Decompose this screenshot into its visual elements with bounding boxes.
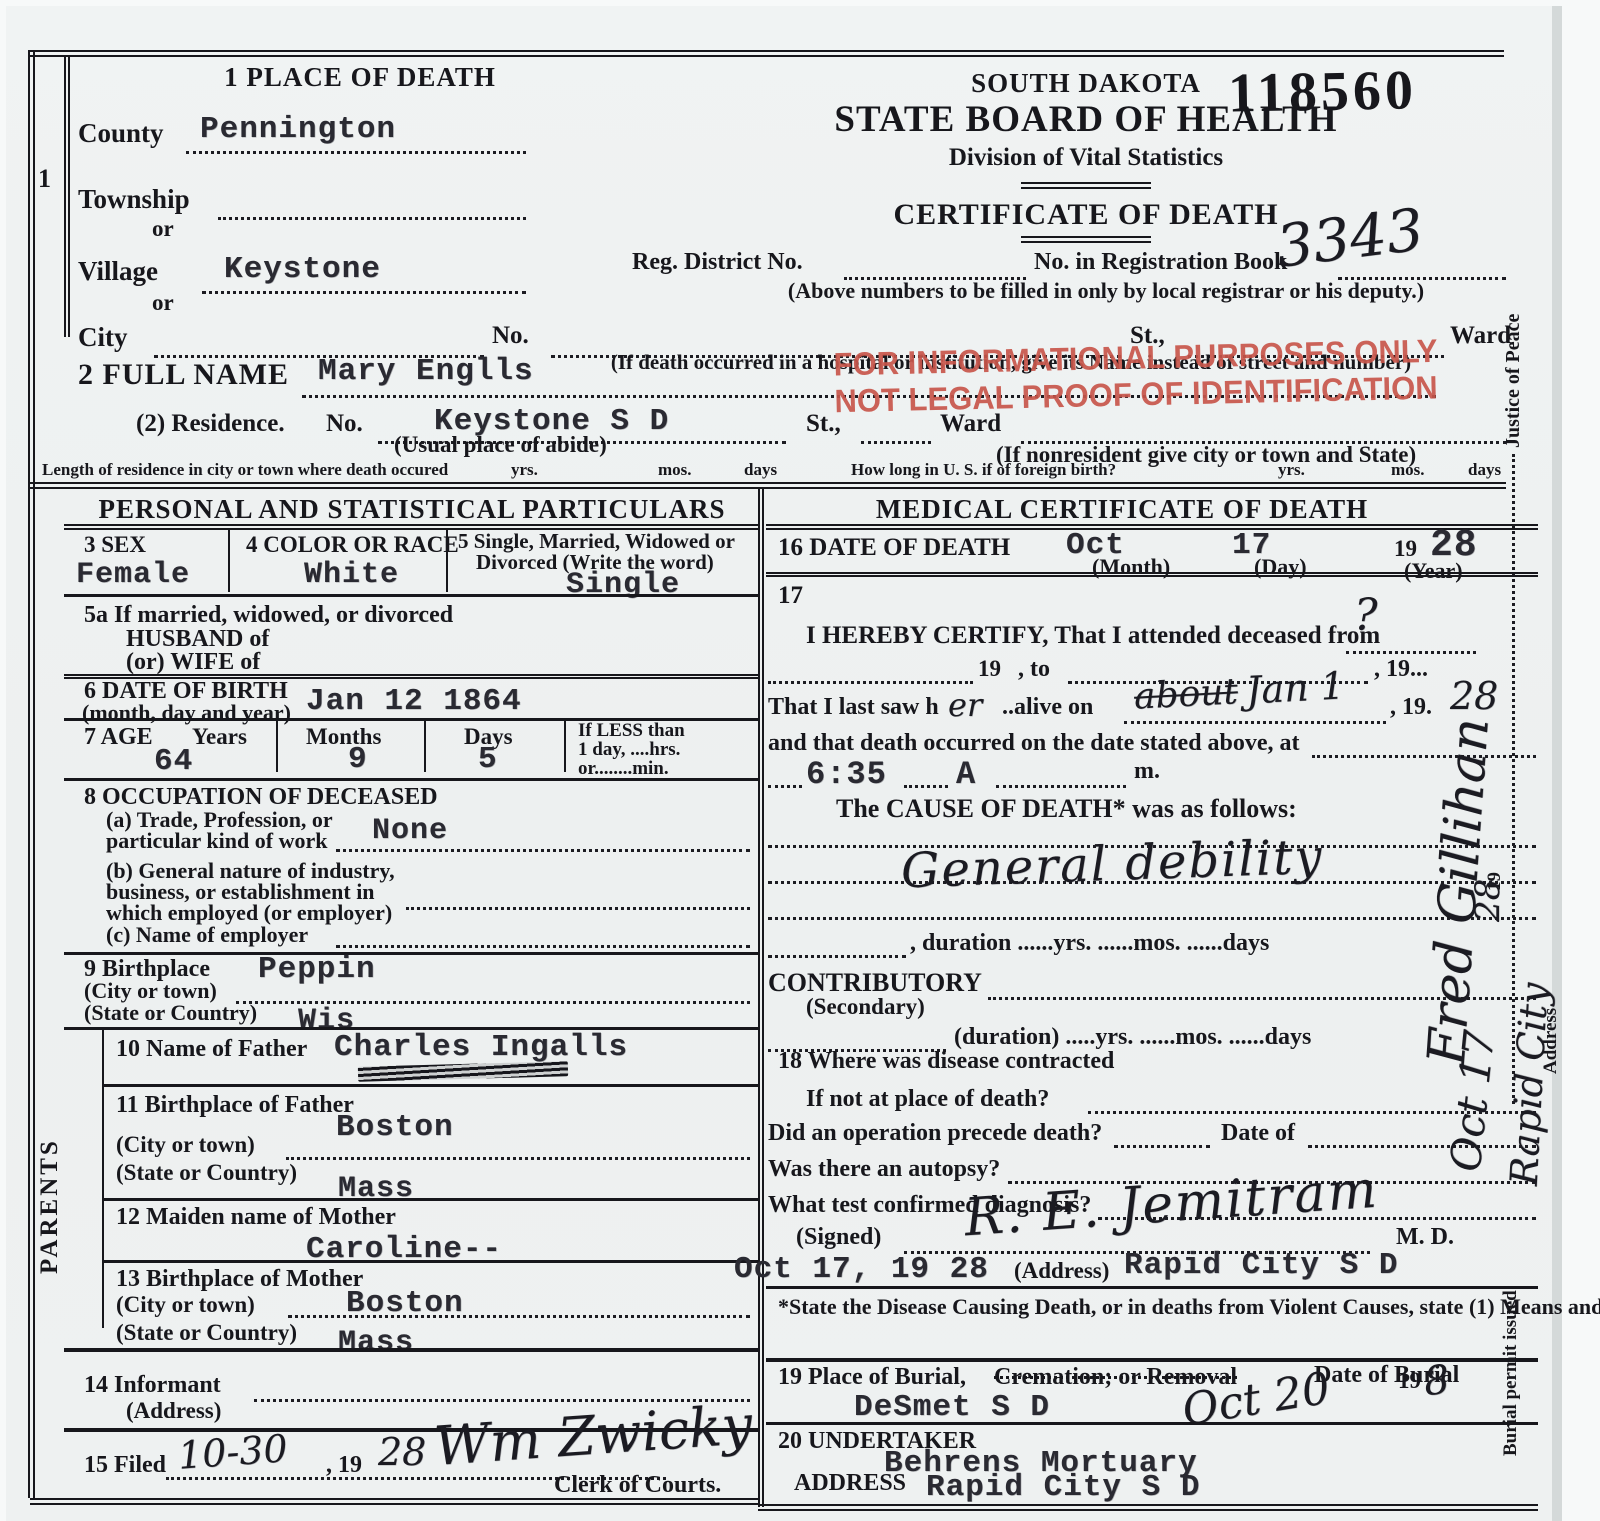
header-rule-1 [1021, 182, 1151, 189]
father-birthplace-city-line[interactable] [286, 1154, 750, 1160]
filed-label: 15 Filed [84, 1452, 166, 1479]
last-saw-date-hand: Jan 1 [1245, 663, 1346, 712]
city-no-label: No. [492, 322, 529, 350]
sex-race-divider [228, 530, 230, 592]
undertaker-address-label: ADDRESS [794, 1470, 906, 1497]
township-line[interactable] [218, 214, 526, 220]
county-label: County [78, 118, 164, 149]
right-bottom-rule [758, 1504, 1538, 1511]
division-name: Division of Vital Statistics [776, 144, 1396, 172]
strip-left-yrs: yrs. [511, 460, 538, 480]
race-value: White [304, 558, 399, 592]
signed-date-value: Oct 17, 19 28 [734, 1252, 989, 1287]
last-saw-about-hand: about [1133, 671, 1239, 717]
md-label: M. D. [1396, 1224, 1454, 1251]
father-birthplace-city-label: (City or town) [116, 1132, 255, 1158]
top-border [30, 50, 1504, 57]
medical-title-rule [766, 524, 1538, 530]
operation-line[interactable] [1114, 1142, 1210, 1148]
time-m-label: m. [1134, 758, 1160, 785]
certificate-page: 1 1 PLACE OF DEATH County Pennington Tow… [6, 6, 1556, 1521]
duration-line-1: , duration ......yrs. ......mos. ......d… [910, 930, 1269, 957]
date-of-death-label: 16 DATE OF DEATH [778, 534, 1010, 562]
age-divider-2 [424, 720, 426, 772]
permit-year-hand: 28 [1468, 832, 1508, 922]
age-months-value: 9 [348, 742, 368, 777]
line-under-occupation [64, 952, 758, 955]
occupation-c-label: (c) Name of employer [106, 922, 308, 948]
cause-of-death-value: General debility [900, 829, 1324, 900]
village-or: or [152, 290, 174, 316]
village-line[interactable] [202, 288, 526, 294]
age-months-label: Months [306, 724, 381, 750]
age-divider-1 [276, 720, 278, 772]
full-name-value: Mary Englls [318, 354, 534, 389]
age-label: 7 AGE [84, 724, 153, 751]
dob-sub-label: (month, day and year) [82, 700, 291, 726]
line-under-sex-row [64, 594, 758, 597]
county-value: Pennington [200, 112, 396, 147]
clerk-of-courts-label: Clerk of Courts. [554, 1472, 721, 1499]
strip-left-days: days [744, 460, 777, 480]
sex-value: Female [76, 558, 190, 592]
section-17-label: 17 [778, 582, 803, 610]
strip-left-mos: mos. [658, 460, 692, 480]
strip-bottom-rule [30, 482, 1506, 489]
duration-line-lead[interactable] [768, 952, 906, 958]
burial-19-label: 19 [1398, 1368, 1421, 1394]
death-occurred-text: and that death occurred on the date stat… [768, 730, 1300, 757]
strip-right-label: How long in U. S. if of foreign birth? [851, 460, 1116, 480]
place-gutter-line [64, 57, 70, 337]
informational-stamp: FOR INFORMATIONAL PURPOSES ONLY NOT LEGA… [833, 333, 1438, 420]
last-saw-er-hand: er [948, 686, 982, 724]
line-under-father [102, 1084, 758, 1087]
signed-address-value: Rapid City S D [1124, 1248, 1398, 1283]
age-years-value: 64 [154, 744, 193, 779]
cause-footnote: *State the Disease Causing Death, or in … [778, 1294, 1526, 1320]
mother-maiden-label: 12 Maiden name of Mother [116, 1204, 396, 1231]
certify-19-label: 19 [978, 656, 1001, 682]
death-occurred-line[interactable] [1312, 752, 1536, 758]
township-label: Township [78, 184, 190, 215]
birthplace-city-value: Peppin [258, 952, 376, 987]
sex-label: 3 SEX [84, 532, 146, 558]
race-label: 4 COLOR OR RACE [246, 532, 459, 558]
place-of-death-title: 1 PLACE OF DEATH [80, 62, 640, 93]
strip-left-label: Length of residence in city or town wher… [42, 460, 448, 480]
residence-st-label: St., [806, 410, 841, 438]
full-name-label: 2 FULL NAME [78, 358, 289, 392]
dob-value: Jan 12 1864 [306, 684, 522, 719]
signed-address-label: (Address) [1014, 1258, 1109, 1284]
mother-birthplace-label: 13 Birthplace of Mother [116, 1266, 363, 1293]
certify-19b-label: , 19... [1374, 656, 1428, 683]
last-saw-19-label: , 19. [1390, 694, 1432, 721]
secondary-label: (Secondary) [806, 994, 925, 1020]
line-under-age [64, 778, 758, 781]
parents-inner-divider [102, 1027, 104, 1328]
wife-label: (or) WIFE of [126, 649, 260, 676]
city-label: City [78, 322, 128, 353]
column-divider [758, 489, 764, 1507]
not-at-place-label: If not at place of death? [806, 1086, 1049, 1113]
line-under-parents [64, 1348, 758, 1352]
physician-signature: R. E. Jemitram [962, 1160, 1380, 1249]
certify-text: I HEREBY CERTIFY, That I attended deceas… [806, 622, 1380, 650]
informant-address-label: (Address) [126, 1398, 221, 1424]
left-border [28, 50, 35, 1498]
strip-right-mos: mos. [1391, 460, 1425, 480]
burial-place-value: DeSmet S D [854, 1390, 1050, 1425]
age-years-label: Years [192, 724, 247, 750]
margin-address-label: Address [1540, 944, 1562, 1074]
residence-no-label: No. [326, 410, 363, 438]
certificate-number: 118560 [1227, 58, 1417, 125]
age-days-value: 5 [478, 742, 498, 777]
filed-19-label: , 19 [326, 1452, 362, 1479]
father-birthplace-state-label: (State or Country) [116, 1160, 297, 1186]
residence-st-line[interactable] [861, 438, 931, 444]
age-divider-3 [564, 720, 566, 772]
burial-label: 19 Place of Burial, [778, 1364, 966, 1391]
certify-line2-start[interactable] [768, 678, 973, 684]
filed-date-value: 10-30 [177, 1426, 289, 1478]
father-birthplace-city-value: Boston [336, 1110, 454, 1145]
cause-line-3[interactable] [768, 914, 1536, 920]
line-under-signed [766, 1286, 1538, 1289]
line-under-burial [766, 1422, 1538, 1425]
line-under-date-of-death [766, 572, 1538, 577]
certify-hand-mark: ? [1354, 590, 1378, 641]
father-name-value: Charles Ingalls [334, 1030, 628, 1065]
time-value: 6:35 [806, 756, 887, 793]
line-under-mother [102, 1260, 758, 1263]
row-number-1: 1 [38, 164, 51, 194]
village-value: Keystone [224, 252, 381, 287]
mother-birthplace-city-value: Boston [346, 1286, 464, 1321]
filed-year-value: 28 [378, 1430, 426, 1474]
time-am-value: A [956, 756, 976, 793]
disease-contracted-label: 18 Where was disease contracted [778, 1048, 1114, 1075]
last-saw-line[interactable] [1124, 718, 1386, 724]
undertaker-address-value: Rapid City S D [926, 1470, 1200, 1505]
race-marital-divider [446, 530, 448, 592]
line-under-father-birthplace [102, 1198, 758, 1201]
residence-ward-label: Ward [940, 410, 1001, 438]
county-line[interactable] [186, 148, 526, 154]
occupation-c-line[interactable] [336, 942, 750, 948]
time-line-1[interactable] [768, 782, 802, 788]
clerk-signature: Wm Zwicky [432, 1393, 754, 1478]
certify-to-label: , to [1018, 656, 1050, 683]
occupation-a-value: None [372, 814, 448, 848]
reg-note: (Above numbers to be filled in only by l… [686, 278, 1526, 304]
age-less-line-3: or........min. [578, 758, 669, 780]
duration-line-2: (duration) .....yrs. ......mos. ......da… [954, 1024, 1311, 1051]
operation-label: Did an operation precede death? [768, 1120, 1102, 1147]
informant-label: 14 Informant [84, 1372, 221, 1399]
father-birthplace-label: 11 Birthplace of Father [116, 1092, 354, 1119]
personal-title: PERSONAL AND STATISTICAL PARTICULARS [68, 494, 756, 525]
signed-label: (Signed) [796, 1224, 881, 1251]
last-saw-alive-text: ..alive on [1002, 694, 1093, 721]
time-line-3[interactable] [996, 782, 1126, 788]
abide-note: (Usual place of abide) [394, 432, 607, 458]
married-5a-label: 5a If married, widowed, or divorced [84, 602, 453, 629]
birthplace-state-label: (State or Country) [84, 1000, 257, 1026]
village-label: Village [78, 256, 158, 287]
last-saw-text: That I last saw h [768, 694, 939, 721]
residence-label: (2) Residence. [136, 410, 285, 438]
reg-book-label: No. in Registration Book [1034, 249, 1287, 276]
strip-right-yrs: yrs. [1278, 460, 1305, 480]
date-of-label: Date of [1221, 1120, 1295, 1147]
occupation-a-line2: particular kind of work [106, 828, 327, 854]
left-bottom-rule [30, 1498, 758, 1505]
parents-label: PARENTS [36, 1086, 64, 1326]
reg-district-label: Reg. District No. [632, 249, 803, 276]
death-certificate-scan: { "doc": { "cert_no": "118560", "reg_boo… [0, 0, 1600, 1521]
occupation-b-line[interactable] [406, 904, 750, 910]
mother-birthplace-state-label: (State or Country) [116, 1320, 297, 1346]
time-line-2[interactable] [904, 782, 948, 788]
autopsy-label: Was there an autopsy? [768, 1156, 1000, 1183]
township-or: or [152, 216, 174, 242]
burial-permit-issued-label: Burial permit issued [1500, 1106, 1522, 1456]
mother-birthplace-city-label: (City or town) [116, 1292, 255, 1318]
burial-year-hand: 8 [1422, 1357, 1452, 1405]
mother-birthplace-state-value: Mass [338, 1326, 414, 1360]
medical-title: MEDICAL CERTIFICATE OF DEATH [772, 494, 1472, 525]
header-rule-2 [1021, 236, 1151, 243]
cause-of-death-label: The CAUSE OF DEATH* was as follows: [836, 794, 1297, 824]
father-name-label: 10 Name of Father [116, 1036, 307, 1063]
